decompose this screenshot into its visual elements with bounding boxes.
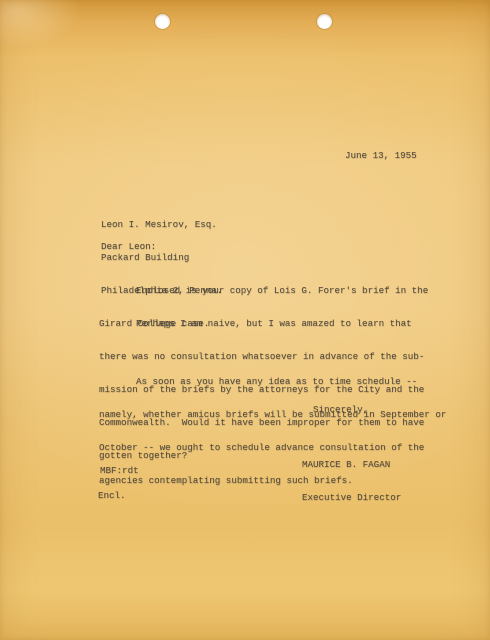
punch-hole-right xyxy=(317,14,332,29)
paragraph-line: As soon as you have any idea as to time … xyxy=(99,376,446,387)
signature-block: MAURICE B. FAGAN Executive Director xyxy=(302,437,401,525)
letter-date: June 13, 1955 xyxy=(345,150,417,161)
typist-reference: MBF:rdt xyxy=(100,465,139,476)
signature-title: Executive Director xyxy=(302,492,401,503)
paragraph-line: Perhaps I am naive, but I was amazed to … xyxy=(99,318,424,329)
paragraph-line: Enclosed is your copy of Lois G. Forer's… xyxy=(99,285,428,296)
punch-hole-left xyxy=(155,14,170,29)
address-line: Packard Building xyxy=(101,252,222,263)
enclosure-notation: Encl. xyxy=(98,490,126,501)
paragraph-line: namely, whether amicus briefs will be su… xyxy=(99,409,446,420)
paper-specks xyxy=(0,0,2,2)
letter-paper: June 13, 1955 Leon I. Mesirov, Esq. Pack… xyxy=(0,0,490,640)
signature-name: MAURICE B. FAGAN xyxy=(302,459,401,470)
salutation: Dear Leon: xyxy=(101,241,156,252)
closing: Sincerely, xyxy=(313,404,368,415)
address-line: Leon I. Mesirov, Esq. xyxy=(101,219,222,230)
